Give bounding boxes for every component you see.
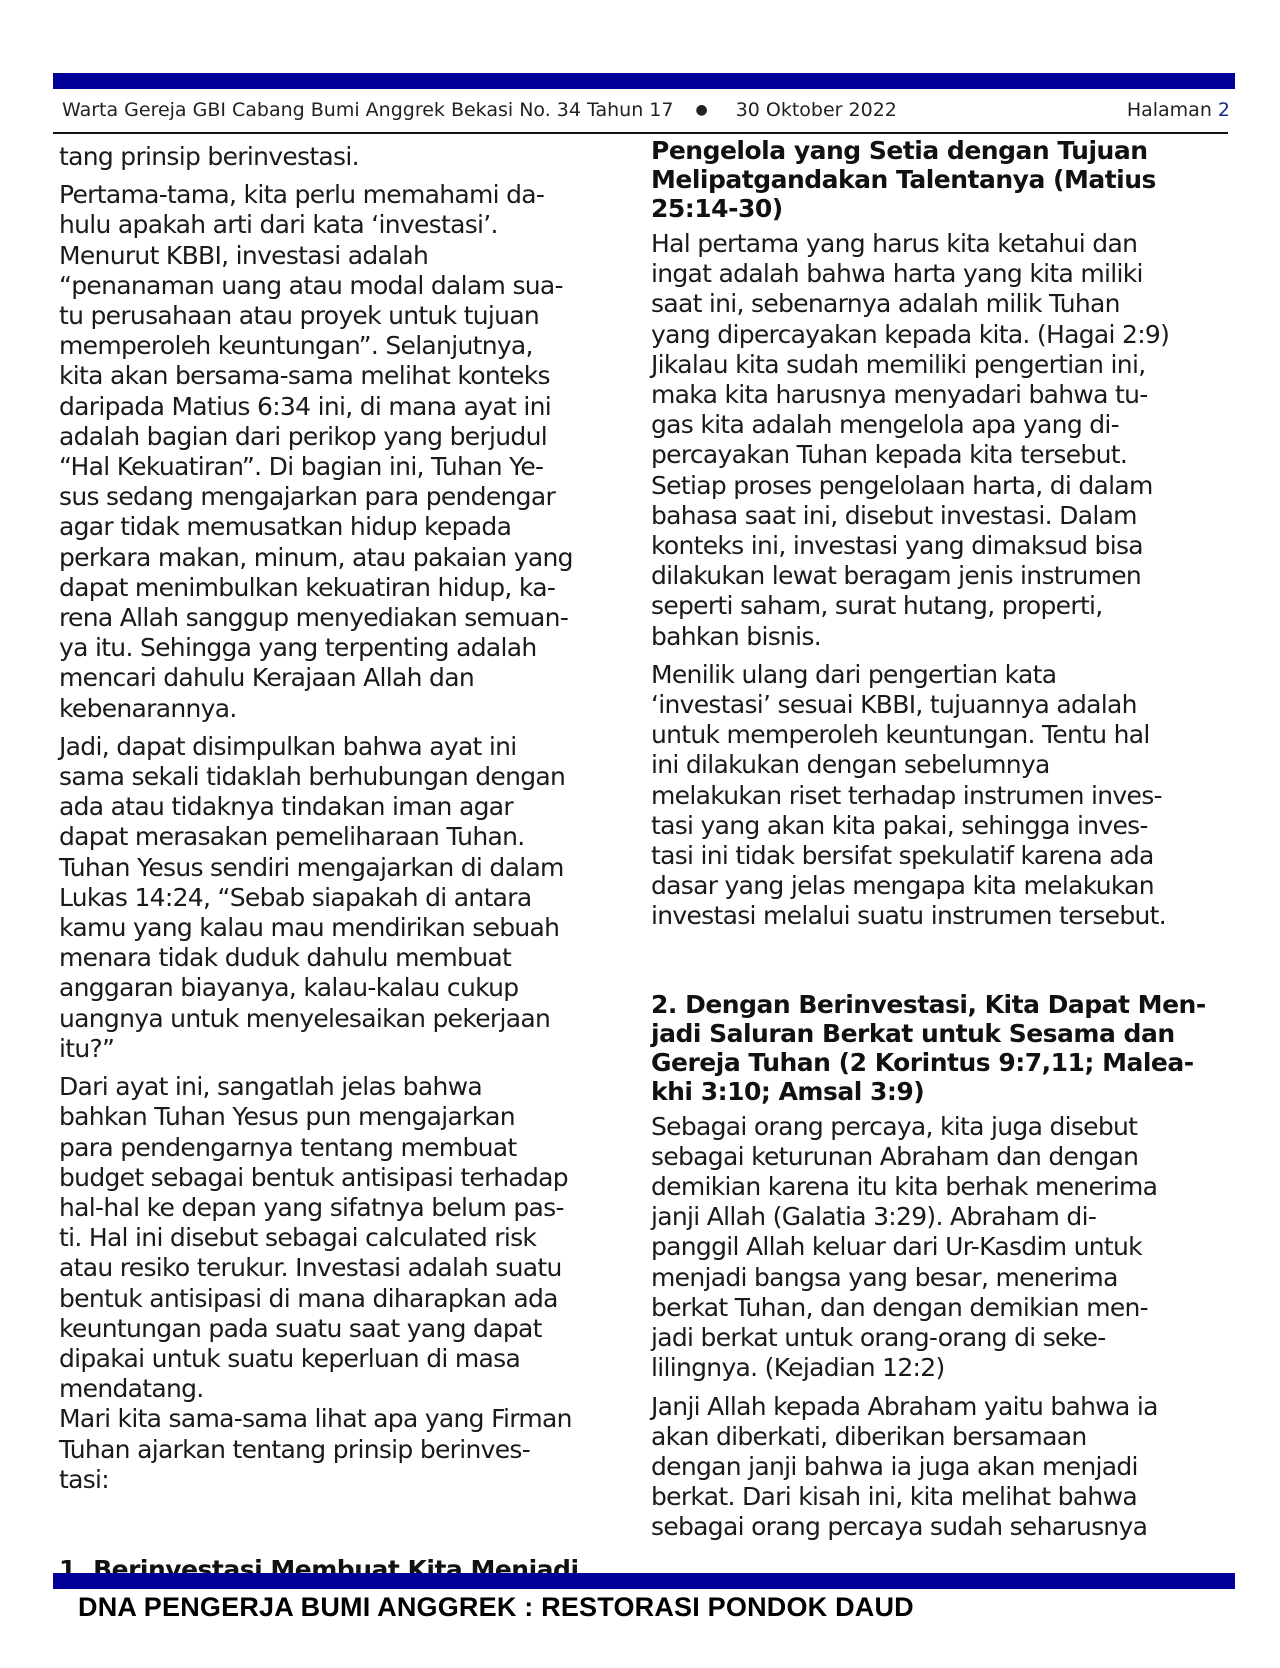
text-line: ‘investasi’ sesuai KBBI, tujuannya adala…	[651, 690, 1231, 720]
text-line: sebagai orang percaya sudah seharusnya	[651, 1512, 1231, 1542]
text-line: budget sebagai bentuk antisipasi terhada…	[59, 1163, 639, 1193]
text-line: adalah bagian dari perikop yang berjudul	[59, 422, 639, 452]
paragraph: Menilik ulang dari pengertian kata‘inves…	[651, 660, 1231, 932]
text-line: Melipatgandakan Talentanya (Matius	[651, 165, 1231, 194]
text-line: atau resiko terukur. Investasi adalah su…	[59, 1253, 639, 1283]
text-line: menjadi bangsa yang besar, menerima	[651, 1263, 1231, 1293]
text-line: jadi berkat untuk orang-orang di seke-	[651, 1323, 1231, 1353]
paragraph: Janji Allah kepada Abraham yaitu bahwa i…	[651, 1392, 1231, 1543]
spacer	[59, 1503, 639, 1555]
text-line: kamu yang kalau mau mendirikan sebuah	[59, 913, 639, 943]
page-number: 2	[1218, 99, 1230, 121]
text-line: Janji Allah kepada Abraham yaitu bahwa i…	[651, 1392, 1231, 1422]
text-line: ada atau tidaknya tindakan iman agar	[59, 792, 639, 822]
text-line: Menilik ulang dari pengertian kata	[651, 660, 1231, 690]
text-line: bentuk antisipasi di mana diharapkan ada	[59, 1284, 639, 1314]
text-line: Tuhan ajarkan tentang prinsip berinves-	[59, 1435, 639, 1465]
text-line: daripada Matius 6:34 ini, di mana ayat i…	[59, 392, 639, 422]
text-line: menara tidak duduk dahulu membuat	[59, 943, 639, 973]
text-line: bahkan bisnis.	[651, 622, 1231, 652]
text-line: sus sedang mengajarkan para pendengar	[59, 482, 639, 512]
text-line: Dari ayat ini, sangatlah jelas bahwa	[59, 1072, 639, 1102]
text-line: seperti saham, surat hutang, properti,	[651, 591, 1231, 621]
header-rule	[53, 132, 1228, 134]
text-line: 25:14-30)	[651, 194, 1231, 223]
footer-accent-bar	[53, 1573, 1235, 1589]
text-line: Jikalau kita sudah memiliki pengertian i…	[651, 350, 1231, 380]
paragraph: Mari kita sama-sama lihat apa yang Firma…	[59, 1404, 639, 1495]
text-line: Tuhan Yesus sendiri mengajarkan di dalam	[59, 853, 639, 883]
text-line: dilakukan lewat beragam jenis instrumen	[651, 561, 1231, 591]
page-indicator: Halaman 2	[1127, 99, 1230, 121]
text-line: memperoleh keuntungan”. Selanjutnya,	[59, 331, 639, 361]
text-line: maka kita harusnya menyadari bahwa tu-	[651, 380, 1231, 410]
text-line: anggaran biayanya, kalau-kalau cukup	[59, 973, 639, 1003]
section-heading-1-continued: Pengelola yang Setia dengan TujuanMelipa…	[651, 136, 1231, 223]
text-line: mencari dahulu Kerajaan Allah dan	[59, 663, 639, 693]
bullet-separator: ●	[695, 102, 707, 118]
text-line: akan diberkati, diberikan bersamaan	[651, 1422, 1231, 1452]
text-line: Mari kita sama-sama lihat apa yang Firma…	[59, 1404, 639, 1434]
text-line: ya itu. Sehingga yang terpenting adalah	[59, 633, 639, 663]
text-line: panggil Allah keluar dari Ur-Kasdim untu…	[651, 1232, 1231, 1262]
text-line: tasi yang akan kita pakai, sehingga inve…	[651, 811, 1231, 841]
text-line: kebenarannya.	[59, 694, 639, 724]
text-line: tasi ini tidak bersifat spekulatif karen…	[651, 841, 1231, 871]
paragraph: tang prinsip berinvestasi.	[59, 142, 639, 172]
text-line: dipakai untuk suatu keperluan di masa	[59, 1344, 639, 1374]
text-line: investasi melalui suatu instrumen terseb…	[651, 901, 1231, 931]
paragraph: Hal pertama yang harus kita ketahui dani…	[651, 229, 1231, 652]
paragraph: Dari ayat ini, sangatlah jelas bahwabahk…	[59, 1072, 639, 1404]
text-line: janji Allah (Galatia 3:29). Abraham di-	[651, 1202, 1231, 1232]
text-line: hulu apakah arti dari kata ‘investasi’.	[59, 210, 639, 240]
text-line: rena Allah sanggup menyediakan semuan-	[59, 603, 639, 633]
text-line: Lukas 14:24, “Sebab siapakah di antara	[59, 883, 639, 913]
text-line: dasar yang jelas mengapa kita melakukan	[651, 871, 1231, 901]
text-line: melakukan riset terhadap instrumen inves…	[651, 781, 1231, 811]
text-line: ini dilakukan dengan sebelumnya	[651, 750, 1231, 780]
text-line: demikian karena itu kita berhak menerima	[651, 1172, 1231, 1202]
text-line: tu perusahaan atau proyek untuk tujuan	[59, 301, 639, 331]
text-line: yang dipercayakan kepada kita. (Hagai 2:…	[651, 320, 1231, 350]
text-line: lilingnya. (Kejadian 12:2)	[651, 1353, 1231, 1383]
paragraph: Pertama-tama, kita perlu memahami da-hul…	[59, 180, 639, 724]
paragraph: Sebagai orang percaya, kita juga disebut…	[651, 1112, 1231, 1384]
text-line: “Hal Kekuatiran”. Di bagian ini, Tuhan Y…	[59, 452, 639, 482]
text-line: saat ini, sebenarnya adalah milik Tuhan	[651, 289, 1231, 319]
left-column: tang prinsip berinvestasi. Pertama-tama,…	[59, 142, 639, 1590]
text-line: kita akan bersama-sama melihat konteks	[59, 361, 639, 391]
text-line: ingat adalah bahwa harta yang kita milik…	[651, 259, 1231, 289]
text-line: Jadi, dapat disimpulkan bahwa ayat ini	[59, 732, 639, 762]
text-line: dapat merasakan pemeliharaan Tuhan.	[59, 822, 639, 852]
text-line: percayakan Tuhan kepada kita tersebut.	[651, 440, 1231, 470]
spacer	[651, 940, 1231, 990]
text-line: sebagai keturunan Abraham dan dengan	[651, 1142, 1231, 1172]
text-line: ti. Hal ini disebut sebagai calculated r…	[59, 1223, 639, 1253]
text-line: konteks ini, investasi yang dimaksud bis…	[651, 531, 1231, 561]
text-line: bahkan Tuhan Yesus pun mengajarkan	[59, 1102, 639, 1132]
text-line: Setiap proses pengelolaan harta, di dala…	[651, 471, 1231, 501]
text-line: tasi:	[59, 1465, 639, 1495]
header-accent-bar	[53, 73, 1235, 89]
issue-date: 30 Oktober 2022	[736, 99, 897, 121]
text-line: keuntungan pada suatu saat yang dapat	[59, 1314, 639, 1344]
text-line: hal-hal ke depan yang sifatnya belum pas…	[59, 1193, 639, 1223]
text-line: itu?”	[59, 1034, 639, 1064]
text-line: Sebagai orang percaya, kita juga disebut	[651, 1112, 1231, 1142]
text-line: Menurut KBBI, investasi adalah	[59, 241, 639, 271]
text-line: Hal pertama yang harus kita ketahui dan	[651, 229, 1231, 259]
text-line: agar tidak memusatkan hidup kepada	[59, 512, 639, 542]
text-line: 2. Dengan Berinvestasi, Kita Dapat Men-	[651, 990, 1231, 1019]
text-line: Pengelola yang Setia dengan Tujuan	[651, 136, 1231, 165]
publication-info: Warta Gereja GBI Cabang Bumi Anggrek Bek…	[62, 99, 673, 121]
text-line: perkara makan, minum, atau pakaian yang	[59, 543, 639, 573]
page-label: Halaman	[1127, 99, 1212, 121]
page-header: Warta Gereja GBI Cabang Bumi Anggrek Bek…	[62, 96, 1230, 124]
text-line: khi 3:10; Amsal 3:9)	[651, 1077, 1231, 1106]
right-column: Pengelola yang Setia dengan TujuanMelipa…	[651, 136, 1231, 1551]
text-line: jadi Saluran Berkat untuk Sesama dan	[651, 1019, 1231, 1048]
text-line: uangnya untuk menyelesaikan pekerjaan	[59, 1004, 639, 1034]
text-line: berkat. Dari kisah ini, kita melihat bah…	[651, 1482, 1231, 1512]
text-line: gas kita adalah mengelola apa yang di-	[651, 410, 1231, 440]
text-line: sama sekali tidaklah berhubungan dengan	[59, 762, 639, 792]
paragraph: Jadi, dapat disimpulkan bahwa ayat inisa…	[59, 732, 639, 1064]
text-line: untuk memperoleh keuntungan. Tentu hal	[651, 720, 1231, 750]
text-line: para pendengarnya tentang membuat	[59, 1133, 639, 1163]
text-line: dengan janji bahwa ia juga akan menjadi	[651, 1452, 1231, 1482]
text-line: “penanaman uang atau modal dalam sua-	[59, 271, 639, 301]
text-line: bahasa saat ini, disebut investasi. Dala…	[651, 501, 1231, 531]
text-line: Gereja Tuhan (2 Korintus 9:7,11; Malea-	[651, 1048, 1231, 1077]
text-line: mendatang.	[59, 1374, 639, 1404]
footer-motto: DNA PENGERJA BUMI ANGGREK : RESTORASI PO…	[78, 1592, 914, 1623]
text-line: berkat Tuhan, dan dengan demikian men-	[651, 1293, 1231, 1323]
text-line: Pertama-tama, kita perlu memahami da-	[59, 180, 639, 210]
text-line: tang prinsip berinvestasi.	[59, 142, 639, 172]
text-line: dapat menimbulkan kekuatiran hidup, ka-	[59, 573, 639, 603]
section-heading-2: 2. Dengan Berinvestasi, Kita Dapat Men-j…	[651, 990, 1231, 1106]
